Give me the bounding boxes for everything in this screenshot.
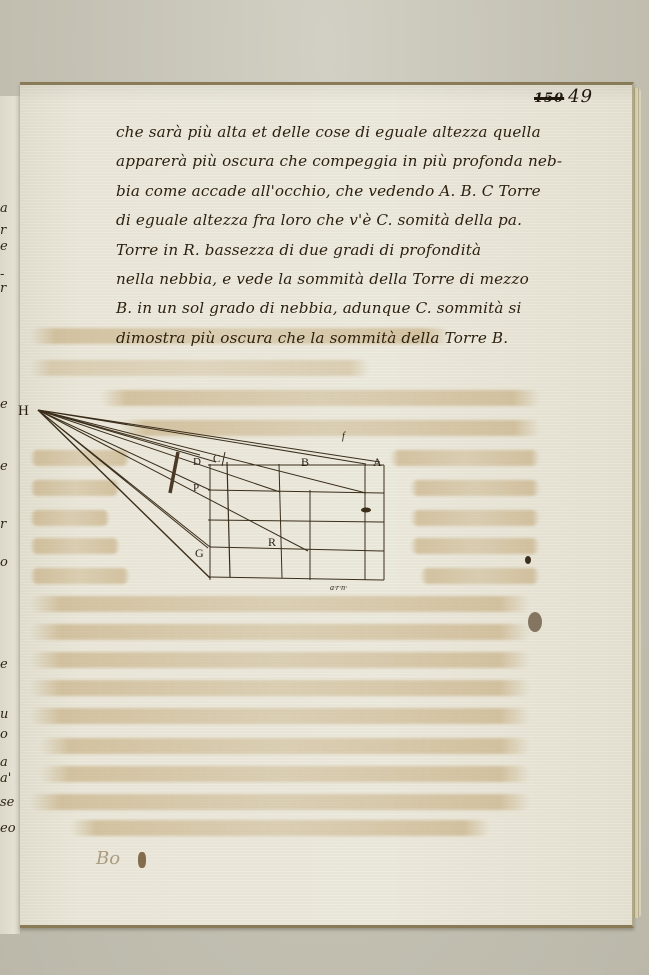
margin-fragment: r bbox=[0, 282, 6, 295]
margin-fragment: r bbox=[0, 224, 6, 237]
margin-fragment: a' bbox=[0, 772, 11, 785]
text-line: di eguale altezza fra loro che v'è C. so… bbox=[116, 206, 636, 235]
margin-fragment: e bbox=[0, 460, 8, 473]
bleed-through-text bbox=[30, 320, 550, 840]
margin-fragment: o bbox=[0, 728, 8, 741]
text-line: bia come accade all'occhio, che vedendo … bbox=[116, 177, 636, 206]
handwritten-text-block: che sarà più alta et delle cose di egual… bbox=[116, 118, 636, 353]
bottom-faint-mark: Bo bbox=[96, 848, 120, 869]
text-line: Torre in R. bassezza di due gradi di pro… bbox=[116, 236, 636, 265]
margin-fragment: se bbox=[0, 796, 14, 809]
margin-fragment: o bbox=[0, 556, 8, 569]
margin-fragment: a bbox=[0, 756, 8, 769]
margin-fragment: e bbox=[0, 658, 8, 671]
ink-dot bbox=[525, 556, 531, 564]
text-line: apparerà più oscura che compeggia in più… bbox=[116, 147, 636, 176]
margin-fragment: eo bbox=[0, 822, 16, 835]
margin-fragment: - bbox=[0, 268, 4, 281]
struck-folio-number: 150 bbox=[534, 91, 564, 106]
text-line: B. in un sol grado di nebbia, adunque C.… bbox=[116, 294, 636, 323]
text-line: dimostra più oscura che la sommità della… bbox=[116, 324, 636, 353]
ink-smudge bbox=[138, 852, 146, 868]
margin-fragment: u bbox=[0, 708, 8, 721]
ink-blot bbox=[528, 612, 542, 632]
text-line: nella nebbia, e vede la sommità della To… bbox=[116, 265, 636, 294]
margin-fragment: e bbox=[0, 240, 8, 253]
text-line: che sarà più alta et delle cose di egual… bbox=[116, 118, 636, 147]
folio-number: 15049 bbox=[534, 86, 593, 107]
current-folio-number: 49 bbox=[568, 86, 593, 107]
margin-fragment: a bbox=[0, 202, 8, 215]
left-margin-fragments: e a r - r e e r o e u o a a' se eo bbox=[0, 100, 20, 930]
margin-fragment: e bbox=[0, 398, 8, 411]
margin-fragment: r bbox=[0, 518, 6, 531]
